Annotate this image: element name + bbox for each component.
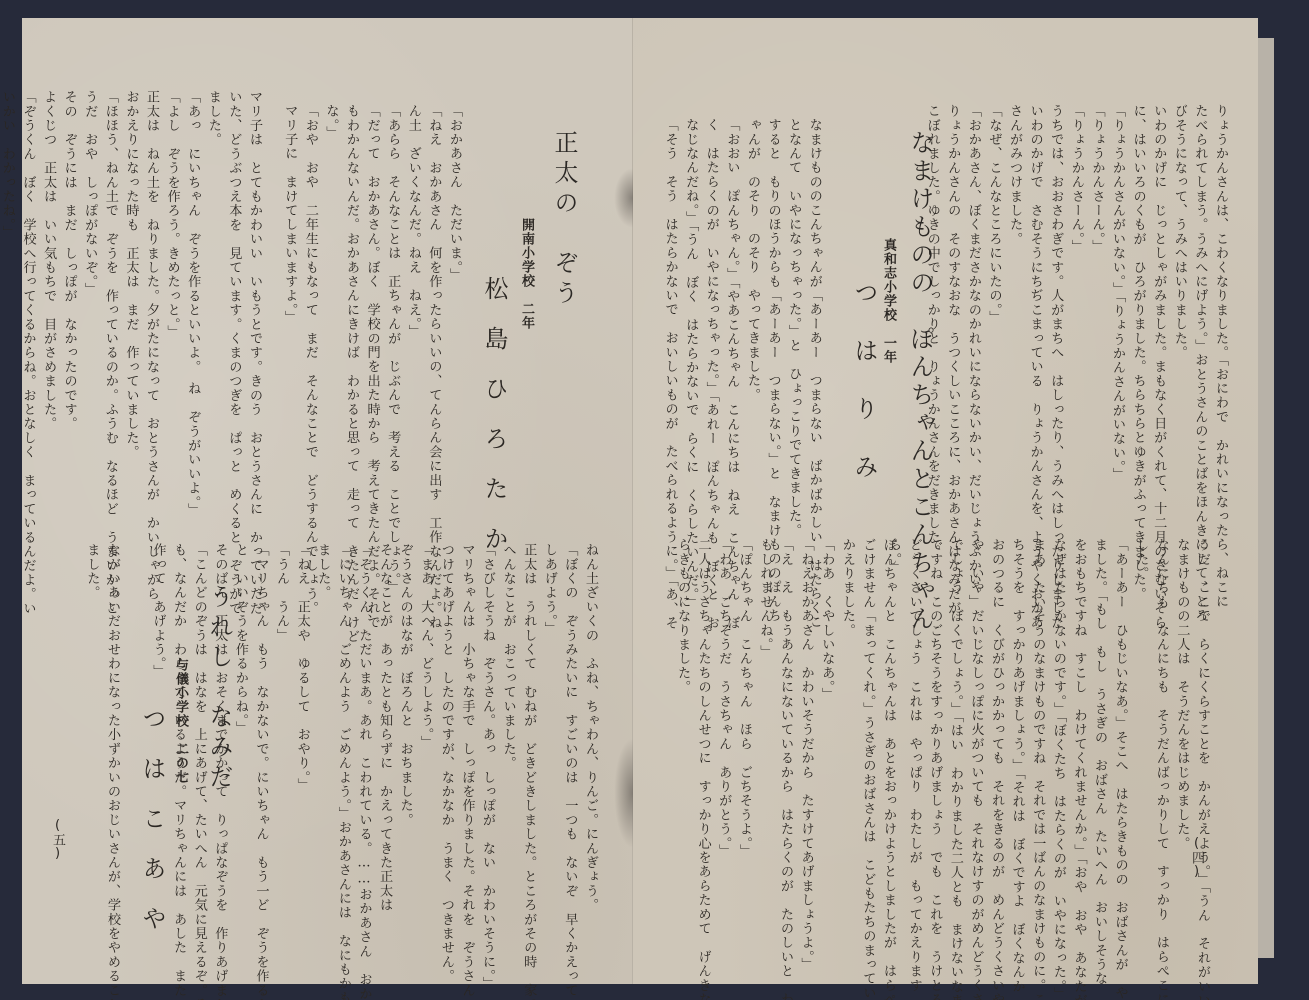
author-tsuha-koaya: つはこあや [135, 706, 170, 956]
story-title-ureshi-namida: うれし なみだ [202, 584, 237, 794]
page-number-right: (四) [1187, 836, 1206, 879]
ryokan-story-text: りょうかんさんは、こわくなりました。「おにわで かれいになったら、ねこに たべら… [921, 104, 1230, 504]
story-title-shota: 正太の ぞう [547, 130, 582, 310]
author-tsuha-rimi: つはりみ [847, 280, 882, 512]
story2-text: ながいあいだおせわになった小ずかいのおじいさんが、学校をやめることになり ました… [81, 543, 122, 943]
story1-upper-right-text: 「おかあさん ただいま。」 「ねえ おかあさん 何を作ったらいいの、てんらん会に… [279, 104, 464, 504]
left-page: 正太の ぞう 開南小学校 二年 松島ひろたか 「おかあさん ただいま。」 「ねえ… [22, 18, 633, 984]
book-spread: 正太の ぞう 開南小学校 二年 松島ひろたか 「おかあさん ただいま。」 「ねえ… [22, 18, 1270, 984]
namakemono-upper-text: なまけもののこんちゃんが「あーあー つまらない ばかばかしい はたらくこ となん… [659, 118, 824, 518]
school-label-kainan: 開南小学校 二年 [517, 218, 536, 330]
namakemono-lower-left-text: ぽんちゃんと こんちゃんは あとをおっかけようとしましたが はらぺこでう ごけま… [671, 538, 898, 958]
page-number-left: (五) [48, 818, 67, 861]
school-label-yogi: 与儀小学校 二の七 [171, 658, 190, 784]
story1-upper-left-text: マリ子は とてもかわいい いもうとです。きのう おとうさんに かっていただ いた… [0, 90, 264, 490]
right-page: なまけものの ぽんちゃんとこんちゃん 真和志小学校 一年 つはりみ りょうかんさ… [633, 18, 1258, 984]
author-matsushima: 松島ひろたか [477, 276, 512, 576]
namakemono-lower-right-text: うだ ここで らくにくらすことを かんがえよう。」「うん それがいいなあ」 なま… [883, 538, 1213, 958]
